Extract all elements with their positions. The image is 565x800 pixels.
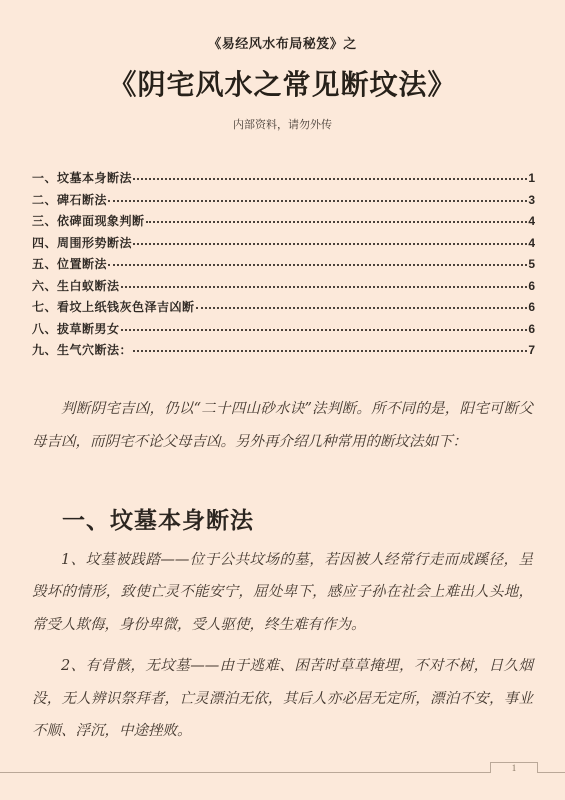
document-page: 《易经风水布局秘笈》之 《阴宅风水之常见断坟法》 内部资料，请勿外传 一、坟墓本… — [0, 0, 565, 800]
toc-item[interactable]: 二、碑石断法 3 — [32, 191, 535, 213]
page-title: 《阴宅风水之常见断坟法》 — [0, 63, 565, 103]
body-paragraph: 1、坟墓被践踏——位于公共坟场的墓，若因被人经常行走而成蹊径，呈毁坏的情形，致使… — [32, 544, 533, 642]
toc-item-page-number: 6 — [528, 279, 535, 293]
toc-list: 一、坟墓本身断法 1 二、碑石断法 3 三、依碑面现象判断 4 四、周围形势断法… — [32, 169, 535, 363]
toc-item-label: 四、周围形势断法 — [32, 234, 132, 251]
subtitle-confidential-note: 内部资料，请勿外传 — [0, 116, 565, 132]
toc-item-page-number: 7 — [528, 343, 535, 357]
toc-item-label: 六、生白蚁断法 — [32, 277, 120, 294]
toc-leader-dots — [196, 307, 528, 309]
toc-leader-dots — [146, 221, 528, 223]
series-title: 《易经风水布局秘笈》之 — [0, 0, 565, 52]
toc-item-label: 三、依碑面现象判断 — [32, 212, 145, 229]
intro-paragraph: 判断阴宅吉凶，仍以“二十四山砂水诀”法判断。所不同的是，阳宅可断父母吉凶，而阴宅… — [32, 393, 533, 459]
toc-leader-dots — [108, 264, 527, 266]
toc-leader-dots — [108, 200, 527, 202]
toc-leader-dots — [133, 350, 527, 352]
toc-item[interactable]: 一、坟墓本身断法 1 — [32, 169, 535, 191]
toc-item-label: 五、位置断法 — [32, 255, 107, 272]
toc-item-page-number: 5 — [528, 257, 535, 271]
toc-item[interactable]: 八、拔草断男女 6 — [32, 320, 535, 342]
toc-item-label: 二、碑石断法 — [32, 191, 107, 208]
toc-leader-dots — [121, 329, 528, 331]
toc-item[interactable]: 五、位置断法 5 — [32, 255, 535, 277]
toc-item[interactable]: 七、看坟上纸钱灰色泽吉凶断 6 — [32, 298, 535, 320]
toc-item-page-number: 6 — [528, 322, 535, 336]
toc-item[interactable]: 六、生白蚁断法 6 — [32, 277, 535, 299]
toc-item-page-number: 6 — [528, 300, 535, 314]
toc-item-page-number: 1 — [528, 171, 535, 185]
document-body: 判断阴宅吉凶，仍以“二十四山砂水诀”法判断。所不同的是，阳宅可断父母吉凶，而阴宅… — [32, 393, 533, 748]
toc-leader-dots — [133, 243, 527, 245]
toc-item-page-number: 3 — [528, 193, 535, 207]
footer-page-number: 1 — [490, 762, 538, 773]
toc-item-page-number: 4 — [528, 214, 535, 228]
toc-item[interactable]: 四、周围形势断法 4 — [32, 234, 535, 256]
toc-item-label: 一、坟墓本身断法 — [32, 169, 132, 186]
toc-item-label: 八、拔草断男女 — [32, 320, 120, 337]
toc-item-page-number: 4 — [528, 236, 535, 250]
section-heading: 一、坟墓本身断法 — [62, 502, 533, 535]
toc-leader-dots — [133, 178, 527, 180]
toc-leader-dots — [121, 286, 528, 288]
footer-divider-line — [0, 772, 565, 773]
toc-item-label: 九、生气穴断法： — [32, 341, 132, 358]
body-paragraph: 2、有骨骸，无坟墓——由于逃难、困苦时草草掩埋，不对不树，日久烟没，无人辨识祭拜… — [32, 650, 533, 748]
toc-item[interactable]: 九、生气穴断法： 7 — [32, 341, 535, 363]
toc-item-label: 七、看坟上纸钱灰色泽吉凶断 — [32, 298, 195, 315]
toc-item[interactable]: 三、依碑面现象判断 4 — [32, 212, 535, 234]
